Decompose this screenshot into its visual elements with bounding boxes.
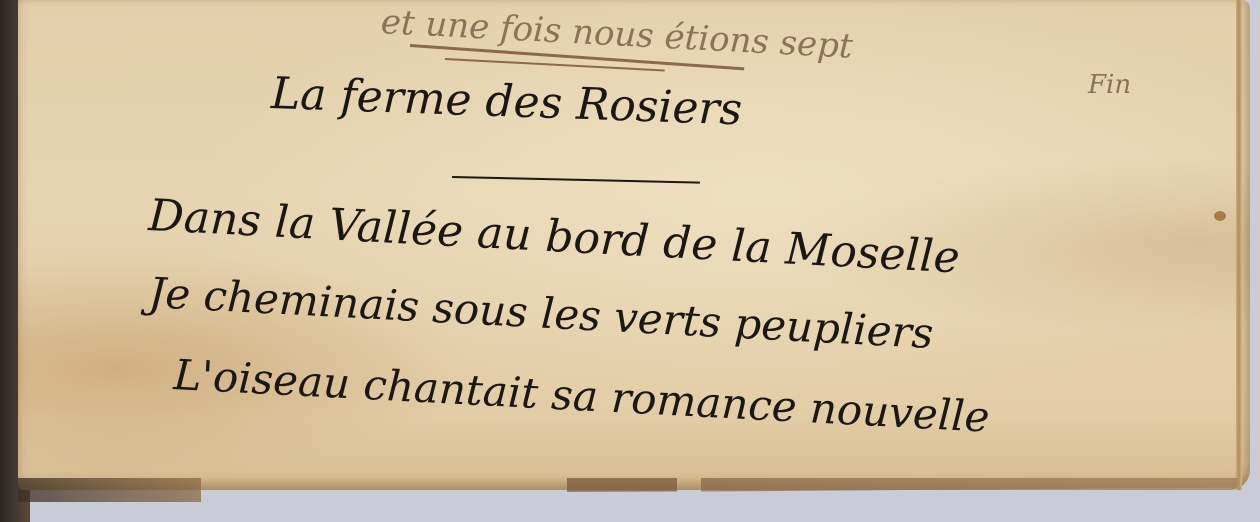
torn-page-edge: [18, 478, 1238, 502]
end-mark: Fin: [1088, 70, 1131, 100]
page-edge: [1236, 0, 1242, 490]
ink-stain: [1214, 211, 1226, 221]
